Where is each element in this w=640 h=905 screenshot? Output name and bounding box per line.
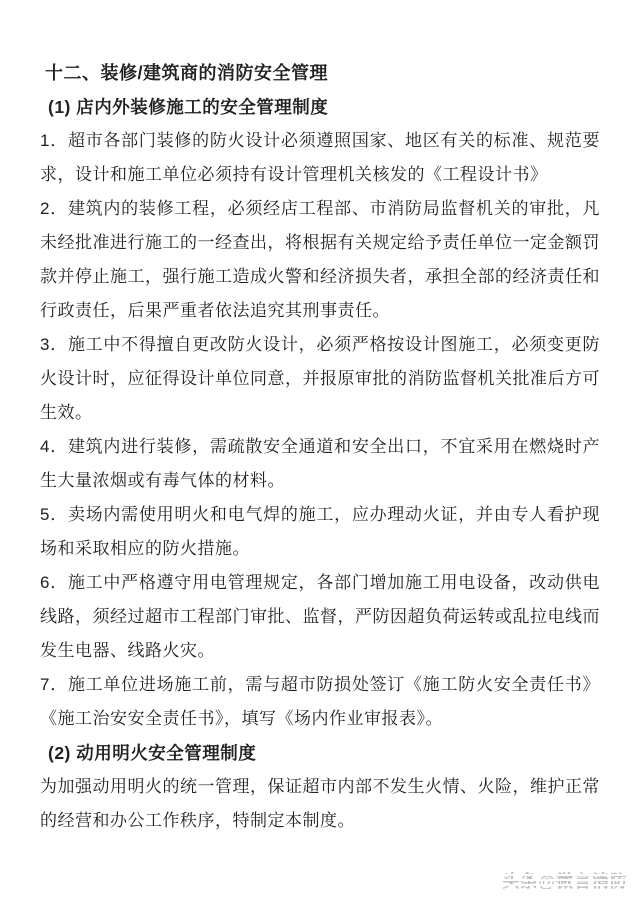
section-1-paragraph-5: 5．卖场内需使用明火和电气焊的施工，应办理动火证，并由专人看护现场和采取相应的防… [40,498,600,566]
section-2-paragraph-1: 为加强动用明火的统一管理，保证超市内部不发生火情、火险，维护正常的经营和办公工作… [40,770,600,838]
toutiao-watermark: 头条@微言消防 [502,871,628,893]
section-2-heading: (2) 动用明火安全管理制度 [40,736,600,770]
section-1-paragraph-7: 7．施工单位进场施工前，需与超市防损处签订《施工防火安全责任书》《施工治安安全责… [40,668,600,736]
section-1-paragraph-1: 1．超市各部门装修的防火设计必须遵照国家、地区有关的标准、规范要求，设计和施工单… [40,124,600,192]
document-title: 十二、装修/建筑商的消防安全管理 [40,56,600,90]
section-1-paragraph-3: 3．施工中不得擅自更改防火设计，必须严格按设计图施工，必须变更防火设计时，应征得… [40,328,600,430]
section-1-paragraph-4: 4．建筑内进行装修，需疏散安全通道和安全出口，不宜采用在燃烧时产生大量浓烟或有毒… [40,430,600,498]
section-1-paragraph-2: 2．建筑内的装修工程，必须经店工程部、市消防局监督机关的审批，凡未经批准进行施工… [40,192,600,328]
watermark-text: 头条@微言消防 [502,872,628,891]
document-page: 十二、装修/建筑商的消防安全管理 (1) 店内外装修施工的安全管理制度 1．超市… [0,0,640,905]
section-1-paragraph-6: 6．施工中严格遵守用电管理规定，各部门增加施工用电设备，改动供电线路，须经过超市… [40,566,600,668]
section-1-heading: (1) 店内外装修施工的安全管理制度 [40,90,600,124]
